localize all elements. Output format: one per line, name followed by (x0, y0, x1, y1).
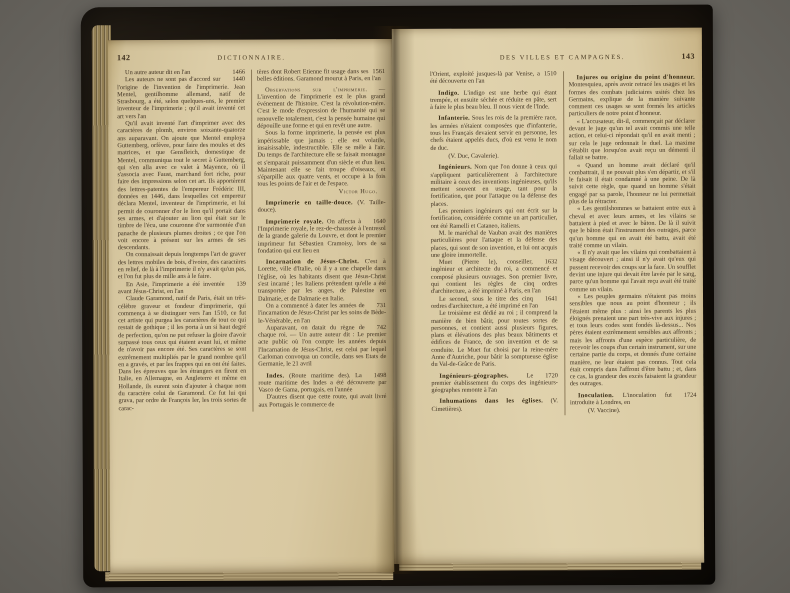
book: 142 DICTIONNAIRE. 1466Un autre auteur di… (0, 0, 790, 593)
page-right: DES VILLES ET CAMPAGNES. 143 1510l'Orien… (392, 28, 704, 564)
paragraph: 1510l'Orient, exploité jusques-là par Ve… (430, 70, 557, 85)
paragraph: On connaissait depuis longtemps l'art de… (118, 251, 246, 281)
cross-reference: (V. Duc, Cavalerie). (430, 152, 557, 160)
year-value: 1720 (537, 372, 558, 379)
entry-heading: Incarnation de Jésus-Christ. (266, 258, 359, 265)
paragraph: D'autres disent que cette route, qui ava… (258, 394, 386, 409)
entry-heading: Inoculation. (578, 392, 614, 399)
year-value: 1724 (676, 391, 697, 398)
paragraph: « Quand un homme avait déclaré qu'il com… (569, 161, 696, 205)
entry-heading: Inhumations dans les églises. (439, 398, 543, 405)
cross-reference: (V. Vaccine). (570, 407, 697, 415)
paragraph: « Les gentilshommes se battaient entre e… (569, 205, 696, 249)
paragraph: Observations sur l'imprimerie. — L'inven… (257, 86, 385, 130)
paragraph: 742Auparavant, on datait du règne de cha… (258, 324, 386, 368)
column: 1466Un autre auteur dit en l'an1440Les a… (117, 69, 246, 413)
dictionary-entry: Imprimerie en taille-douce. (V. Taille-d… (258, 199, 386, 214)
page-left: 142 DICTIONNAIRE. 1466Un autre auteur di… (108, 39, 394, 573)
paragraph: 1641Le second, sous le titre des cinq or… (431, 295, 558, 310)
year-value: 731 (369, 302, 386, 309)
paragraph: Le troisième est dédié au roi ; il compr… (431, 309, 558, 368)
paragraph: 731On a commencé à dater les années de l… (258, 302, 386, 324)
running-head-right: DES VILLES ET CAMPAGNES. 143 (430, 52, 695, 62)
running-title-right: DES VILLES ET CAMPAGNES. (456, 54, 669, 62)
year-value: 1466 (224, 69, 245, 76)
entry-heading: Indigo. (438, 89, 459, 96)
paragraph: « L'accusateur, dit-il, commençait par d… (569, 117, 696, 161)
year-value: 1561 (372, 68, 385, 75)
dictionary-entry: Infanterie. Sous les rois de la première… (430, 115, 557, 152)
dictionary-entry: Ingénieurs-géographes.1720 Le premier ét… (431, 372, 558, 394)
paragraph: M. le maréchal de Vauban avait des maniè… (431, 229, 558, 259)
dictionary-entry: Inoculation.1724 L'inoculation fut intro… (570, 391, 697, 406)
dictionary-entry: Indigo. L'indigo est une herbe qui étant… (430, 89, 557, 111)
column: 1561tères dont Robert Etienne fit usage … (257, 68, 386, 412)
dictionary-entry: Ingénieurs. Nom que l'on donne à ceux qu… (430, 164, 557, 208)
text-columns-left: 1466Un autre auteur dit en l'an1440Les a… (117, 68, 387, 412)
paragraph: 1440Les auteurs ne sont pas d'accord sur… (117, 76, 245, 120)
year-value: 1498 (366, 372, 387, 379)
year-value: 1640 (365, 218, 386, 225)
paragraph: 1561tères dont Robert Etienne fit usage … (257, 68, 385, 83)
dictionary-entry: Indes.1498 (Route maritime des). La rout… (258, 372, 386, 394)
dictionary-entry: Inhumations dans les églises. (V. Cimeti… (431, 398, 558, 413)
paragraph: Qu'il avait inventé l'art d'imprimer ave… (117, 120, 246, 252)
page-number-left: 142 (117, 53, 143, 62)
entry-heading: Infanterie. (438, 115, 470, 122)
year-value: 1632 (537, 258, 558, 265)
entry-heading: Observations sur l'imprimerie. (265, 86, 367, 93)
year-value: 1641 (537, 295, 558, 302)
paragraph: « Il n'y avait que les vilains qui comba… (569, 249, 696, 293)
year-value: 1440 (224, 76, 245, 83)
year-value: 139 (228, 280, 245, 287)
paragraph: Sous la forme imprimerie, la pensée est … (257, 129, 385, 195)
paragraph: 139En Asie, l'imprimerie a été inventée … (118, 280, 246, 295)
column: 1510l'Orient, exploité jusques-là par Ve… (430, 70, 558, 415)
photo-background: 142 DICTIONNAIRE. 1466Un autre auteur di… (0, 0, 790, 593)
year-value: 742 (369, 324, 386, 331)
entry-heading: Imprimerie royale. (266, 218, 324, 225)
paragraph: 1632Muet (Pierre le), conseiller, ingéni… (431, 258, 558, 295)
year-value: 1510 (544, 70, 557, 77)
running-head-left: 142 DICTIONNAIRE. (117, 52, 386, 62)
entry-heading: Indes. (266, 372, 284, 379)
column: Injures ou origine du point d'honneur. M… (569, 70, 697, 415)
entry-heading: Ingénieurs. (438, 164, 472, 171)
paragraph: Claude Garamond, natif de Paris, était u… (118, 295, 247, 412)
running-title-left: DICTIONNAIRE. (143, 54, 360, 62)
page-number-right: 143 (669, 52, 695, 61)
text-columns-right: 1510l'Orient, exploité jusques-là par Ve… (430, 70, 697, 416)
dictionary-entry: Injures ou origine du point d'honneur. M… (569, 74, 696, 118)
dictionary-entry: Imprimerie royale.1640 On affecta à l'Im… (258, 218, 386, 255)
column-rule (251, 70, 253, 412)
paragraph: Les premiers ingénieurs qui ont écrit su… (431, 207, 558, 229)
author-signature: Victor Hugo. (258, 188, 378, 196)
entry-heading: Injures ou origine du point d'honneur. (577, 74, 696, 82)
entry-heading: Imprimerie en taille-douce. (266, 199, 353, 206)
column-rule (563, 71, 565, 415)
entry-heading: Ingénieurs-géographes. (439, 372, 508, 379)
dictionary-entry: Incarnation de Jésus-Christ. C'est à Lor… (258, 258, 386, 302)
paragraph: « Les peuples germains n'étaient pas moi… (569, 293, 696, 388)
